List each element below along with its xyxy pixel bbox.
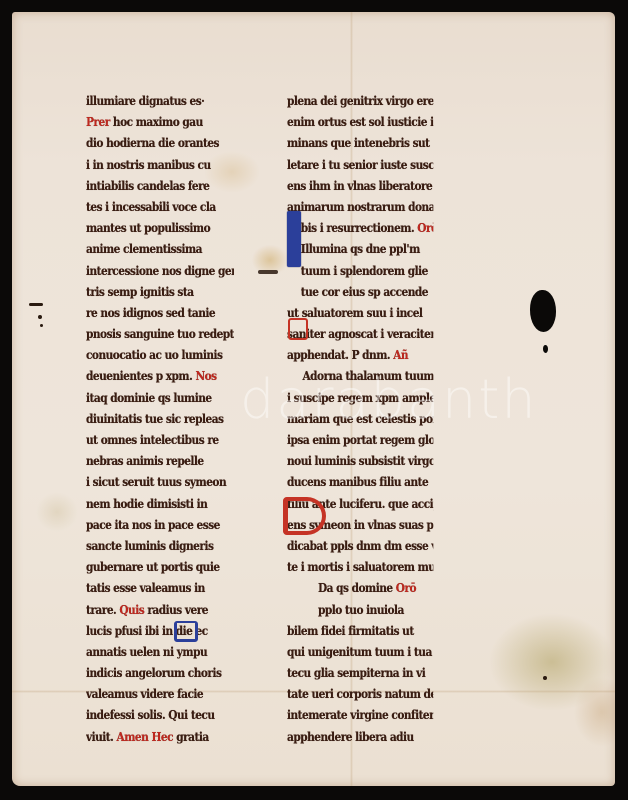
ink-speck: [543, 676, 547, 680]
text-line: trare. Quis radius vere: [86, 599, 234, 620]
text-line: viuit. Amen Hec gratia: [86, 726, 234, 747]
text-line: Da qs domine Orō: [287, 577, 433, 598]
text-line: pace ita nos in pace esse: [86, 514, 234, 535]
text-line: dicabat ppls dnm dm esse vi: [287, 535, 433, 556]
text-line: noui luminis subsistit virgo. ad: [287, 450, 433, 471]
text-line: gubernare ut portis quie: [86, 556, 234, 577]
text-line: intercessione nos digne geni: [86, 260, 234, 281]
text-line: itaq dominie qs lumine: [86, 387, 234, 408]
text-line: i sicut seruit tuus symeon: [86, 471, 234, 492]
text-line: qui unigenitum tuum i tua: [287, 641, 433, 662]
text-line: Prer hoc maximo gau: [86, 111, 234, 132]
text-line: tecu glia sempiterna in vi: [287, 662, 433, 683]
small-hole: [543, 345, 548, 353]
text-line: enim ortus est sol iusticie illu: [287, 111, 433, 132]
text-line: tes i incessabili voce cla: [86, 196, 234, 217]
text-line: lucis pfusi ibi in die ec: [86, 620, 234, 641]
text-line: tue cor eius sp accende: [287, 281, 433, 302]
text-line: pplo tuo inuiola: [287, 599, 433, 620]
text-line: annatis uelen ni ympu: [86, 641, 234, 662]
text-line: re nos idignos sed tanie: [86, 302, 234, 323]
text-line: indefessi solis. Qui tecu: [86, 704, 234, 725]
text-line: letare i tu senior iuste suscipi: [287, 154, 433, 175]
initial-d-red: [283, 497, 326, 535]
text-line: intiabilis candelas fere: [86, 175, 234, 196]
text-line: deuenientes p xpm. Nos: [86, 365, 234, 386]
initial-h-blue: [174, 621, 198, 642]
text-line: apphendere libera adiu: [287, 726, 433, 747]
text-line: animarum nostrarum donantem: [287, 196, 433, 217]
text-line: bilem fidei firmitatis ut: [287, 620, 433, 641]
text-line: Illumina qs dne ppl'm: [287, 238, 433, 259]
ink-speck: [40, 324, 43, 327]
initial-a-red: [288, 318, 308, 340]
text-line: diuinitatis tue sic repleas: [86, 408, 234, 429]
text-column-left: illumiare dignatus es· Prer hoc maximo g…: [86, 90, 258, 747]
text-line: te i mortis i saluatorem mundi.: [287, 556, 433, 577]
text-line: indicis angelorum choris: [86, 662, 234, 683]
text-line: nebras animis repelle: [86, 450, 234, 471]
text-line: ut saluatorem suu i incel: [287, 302, 433, 323]
text-line: ducens manibus filiu ante: [287, 471, 433, 492]
text-line: saniter agnoscat i veraciter: [287, 323, 433, 344]
text-line: anime clementissima: [86, 238, 234, 259]
text-line: ens ihm in vlnas liberatore: [287, 175, 433, 196]
ink-speck: [38, 315, 42, 319]
text-line: tatis esse valeamus in: [86, 577, 234, 598]
text-line: valeamus videre facie: [86, 683, 234, 704]
text-line: illumiare dignatus es·: [86, 90, 234, 111]
initial-i-blue: [287, 211, 301, 267]
text-line: pnosis sanguine tuo redepto: [86, 323, 234, 344]
text-line: apphendat. P dnm. Añ: [287, 344, 433, 365]
text-line: sancte luminis digneris: [86, 535, 234, 556]
text-line: mantes ut populissimo: [86, 217, 234, 238]
burn-hole: [530, 290, 556, 332]
text-line: dio hodierna die orantes: [86, 132, 234, 153]
text-line: tate ueri corporis natum de: [287, 683, 433, 704]
watermark: darabanth: [240, 368, 538, 431]
text-line: i in nostris manibus cu: [86, 154, 234, 175]
text-line: nobis i resurrectionem. Orō: [287, 217, 433, 238]
text-line: tuum i splendorem glie: [287, 260, 433, 281]
text-line: ut omnes intelectibus re: [86, 429, 234, 450]
text-line: intemerate virgine confitemur i: [287, 704, 433, 725]
ink-speck: [258, 270, 278, 274]
text-line: conuocatio ac uo luminis: [86, 344, 234, 365]
text-line: nem hodie dimisisti in: [86, 493, 234, 514]
text-line: plena dei genitrix virgo ere: [287, 90, 433, 111]
text-line: ipsa enim portat regem glorie: [287, 429, 433, 450]
text-line: minans que intenebris sut: [287, 132, 433, 153]
text-line: tris semp ignitis sta: [86, 281, 234, 302]
ink-speck: [29, 303, 43, 306]
